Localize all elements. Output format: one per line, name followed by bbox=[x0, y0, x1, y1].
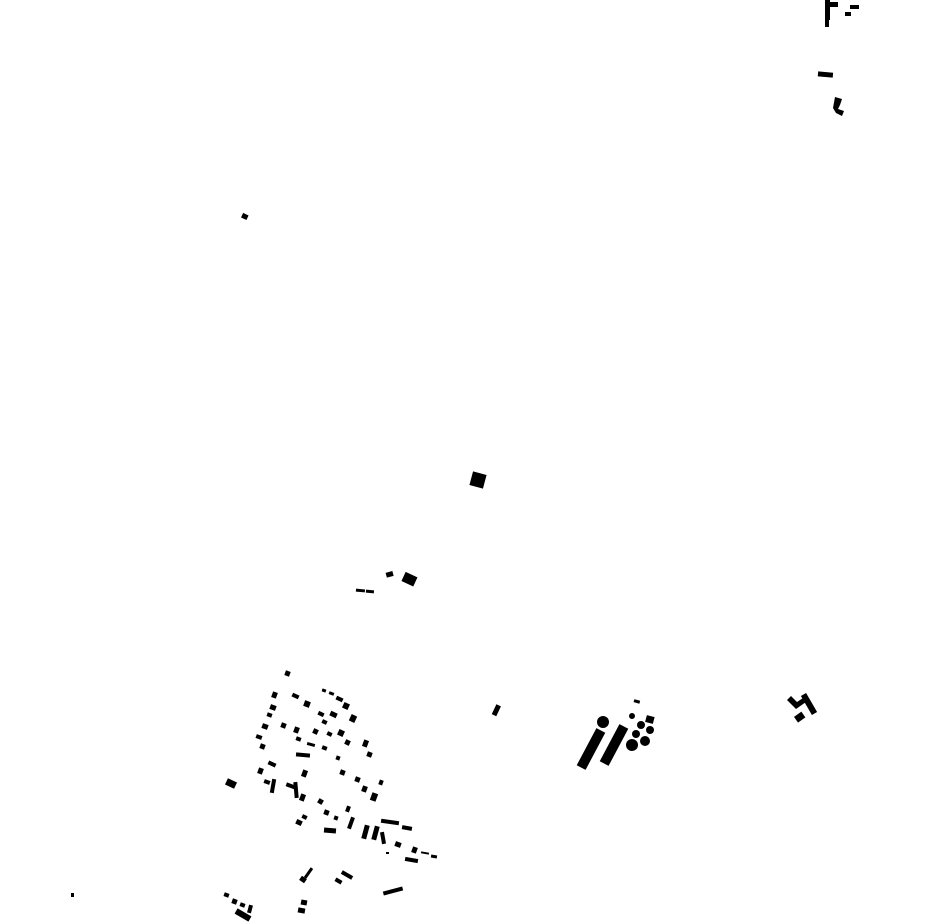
building-footprint bbox=[301, 900, 308, 906]
building-footprint bbox=[317, 711, 324, 717]
building-footprint bbox=[304, 867, 313, 879]
building-footprint bbox=[354, 776, 360, 782]
building-footprint bbox=[257, 767, 264, 774]
building-footprint bbox=[284, 670, 290, 676]
building-footprint bbox=[326, 731, 332, 737]
building-footprint bbox=[225, 778, 237, 789]
building-footprint bbox=[394, 841, 401, 848]
building-footprint bbox=[295, 819, 303, 826]
building-footprint bbox=[334, 878, 342, 885]
building-footprint bbox=[335, 696, 343, 703]
building-footprint bbox=[329, 691, 335, 696]
building-footprint bbox=[366, 751, 372, 757]
building-footprint bbox=[335, 755, 340, 760]
building-footprint bbox=[421, 851, 429, 854]
building-footprint bbox=[323, 809, 329, 815]
building-footprint bbox=[303, 700, 311, 708]
building-footprint bbox=[299, 793, 306, 801]
building-footprint bbox=[263, 779, 270, 785]
building-footprint bbox=[321, 719, 327, 725]
building-footprint bbox=[293, 726, 300, 733]
building-footprint bbox=[255, 734, 262, 740]
building-footprint bbox=[301, 769, 308, 777]
southwest-village bbox=[71, 670, 437, 921]
central-isolated-building bbox=[469, 471, 486, 488]
building-footprint bbox=[321, 745, 327, 750]
map-canvas bbox=[0, 0, 930, 924]
building-footprint bbox=[280, 722, 286, 728]
building-footprint bbox=[293, 782, 298, 798]
building-footprint bbox=[269, 704, 276, 711]
building-footprint bbox=[239, 902, 245, 907]
building-footprint bbox=[386, 852, 389, 854]
building-footprint bbox=[271, 691, 278, 698]
building-footprint bbox=[307, 742, 316, 747]
building-footprint bbox=[378, 779, 383, 785]
building-footprint bbox=[381, 819, 399, 825]
building-footprint bbox=[261, 723, 268, 730]
building-footprint bbox=[431, 855, 437, 859]
central-small-group bbox=[356, 571, 501, 716]
building-footprint bbox=[295, 736, 301, 741]
building-footprint bbox=[349, 714, 357, 723]
building-footprint bbox=[317, 798, 324, 805]
building-footprint bbox=[339, 769, 345, 775]
building-footprint bbox=[291, 693, 299, 700]
building-footprint bbox=[71, 893, 74, 897]
building-footprint bbox=[370, 792, 378, 802]
building-footprint bbox=[371, 826, 379, 841]
building-footprint bbox=[312, 728, 319, 735]
building-footprint bbox=[268, 760, 277, 767]
building-footprint bbox=[337, 729, 345, 737]
building-footprint bbox=[380, 832, 386, 845]
building-footprint bbox=[247, 905, 253, 914]
building-footprint bbox=[411, 846, 418, 853]
building-footprint bbox=[344, 739, 351, 746]
building-footprint bbox=[324, 827, 336, 833]
building-footprint bbox=[333, 815, 338, 820]
building-footprint bbox=[266, 712, 272, 717]
building-footprint bbox=[231, 898, 237, 904]
building-footprint bbox=[322, 688, 327, 692]
building-footprint bbox=[341, 870, 353, 879]
building-footprint bbox=[223, 892, 229, 897]
building-footprint bbox=[296, 752, 310, 757]
south-central-circular-tanks-complex bbox=[577, 699, 655, 770]
building-footprint bbox=[342, 702, 350, 710]
building-footprint bbox=[405, 857, 418, 863]
northeast-edge-buildings bbox=[818, 0, 859, 116]
building-footprint bbox=[361, 785, 368, 792]
building-footprint bbox=[347, 817, 355, 830]
southeast-building-group bbox=[787, 693, 817, 723]
building-footprint bbox=[345, 805, 351, 812]
building-footprint bbox=[259, 743, 265, 749]
building-footprint bbox=[329, 711, 337, 718]
building-footprint bbox=[270, 779, 276, 793]
building-footprint-map bbox=[0, 0, 930, 924]
isolated-northwest-building bbox=[241, 213, 249, 220]
building-footprint bbox=[362, 739, 369, 747]
building-footprint bbox=[383, 886, 403, 895]
building-footprint bbox=[361, 825, 369, 840]
building-footprint bbox=[298, 907, 306, 913]
building-footprint bbox=[301, 814, 307, 820]
building-footprint bbox=[402, 825, 413, 831]
